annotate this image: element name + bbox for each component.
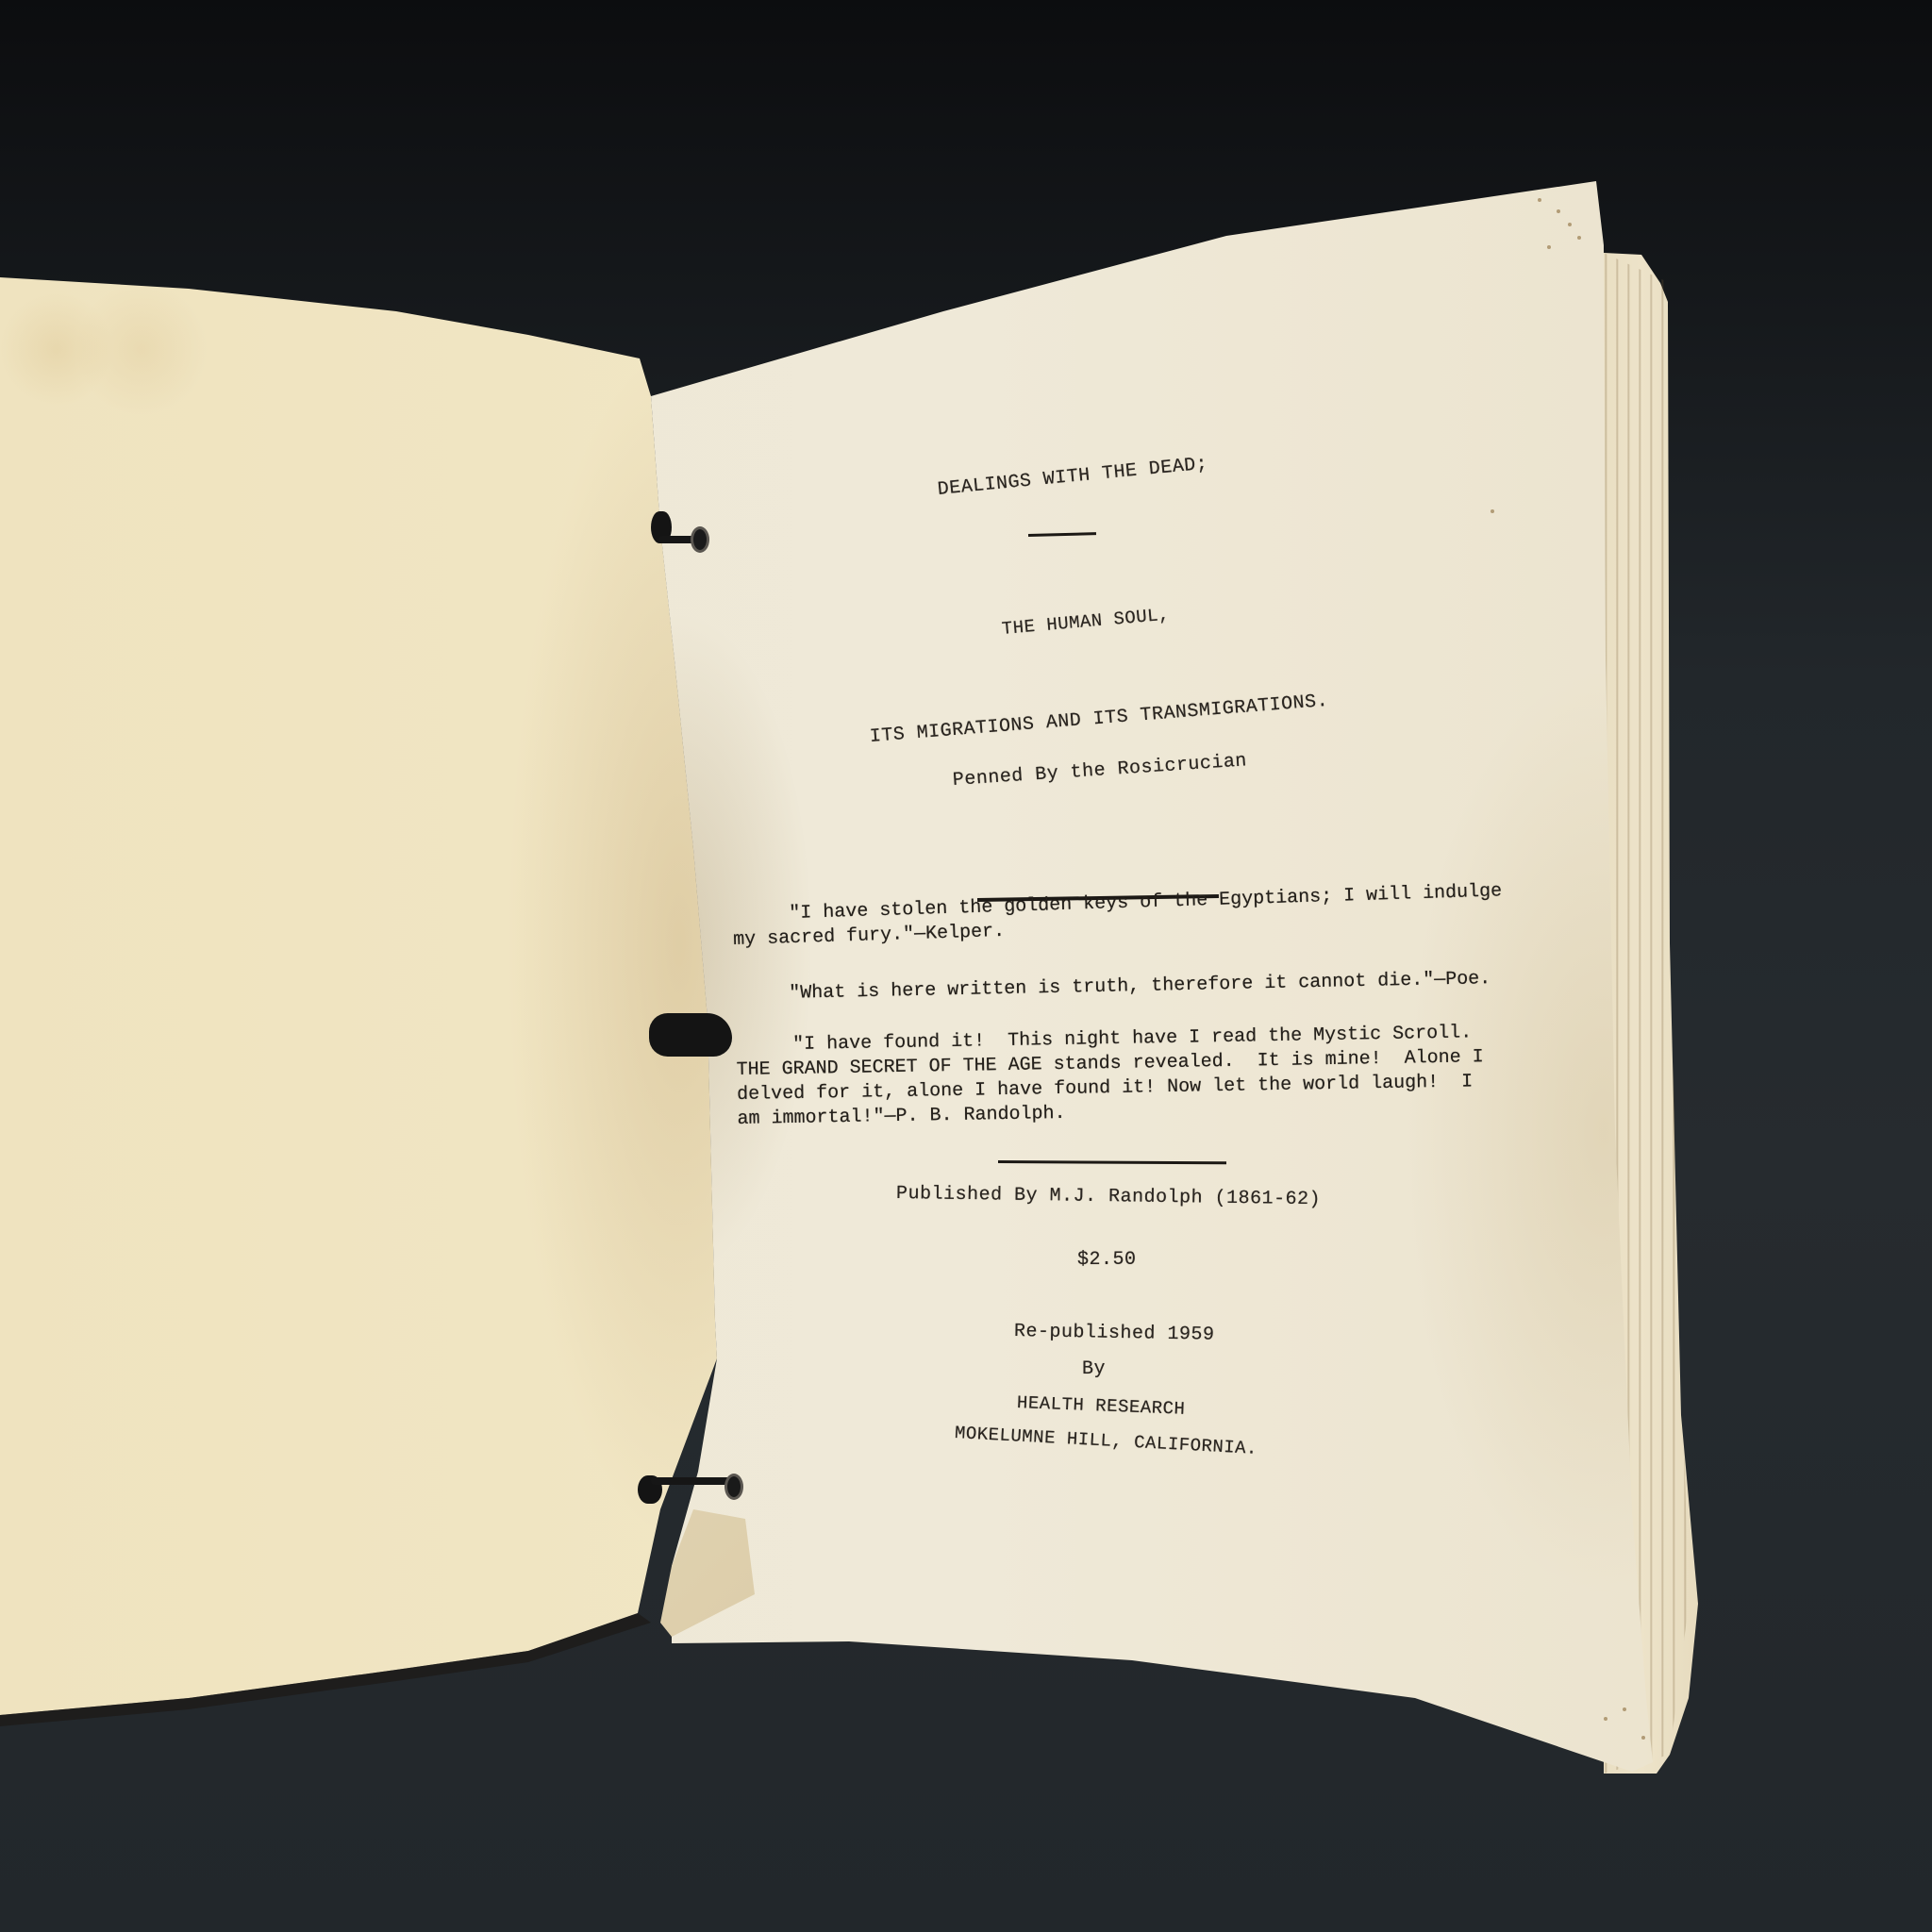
binding-hole-top [691, 526, 709, 553]
foxing-spot [1577, 236, 1581, 240]
foxing-spot [1604, 1717, 1607, 1721]
binding-cord-bottom [651, 1477, 736, 1485]
foxing-spot [1568, 223, 1572, 226]
foxing-spot [1623, 1707, 1626, 1711]
quote-randolph: "I have found it! This night have I read… [736, 1021, 1485, 1132]
price: $2.50 [1077, 1249, 1137, 1271]
republished-by: By [1082, 1358, 1106, 1380]
binding-hole-bottom [724, 1474, 743, 1500]
foxing-spot [1547, 245, 1551, 249]
foxing-spot [1538, 198, 1541, 202]
binding-cord-middle-knot [649, 1013, 732, 1057]
foxing-spot [1641, 1736, 1645, 1740]
foxing-spot [1557, 209, 1560, 213]
foxing-spot [1491, 509, 1494, 513]
republished-year: Re-published 1959 [1014, 1321, 1215, 1346]
